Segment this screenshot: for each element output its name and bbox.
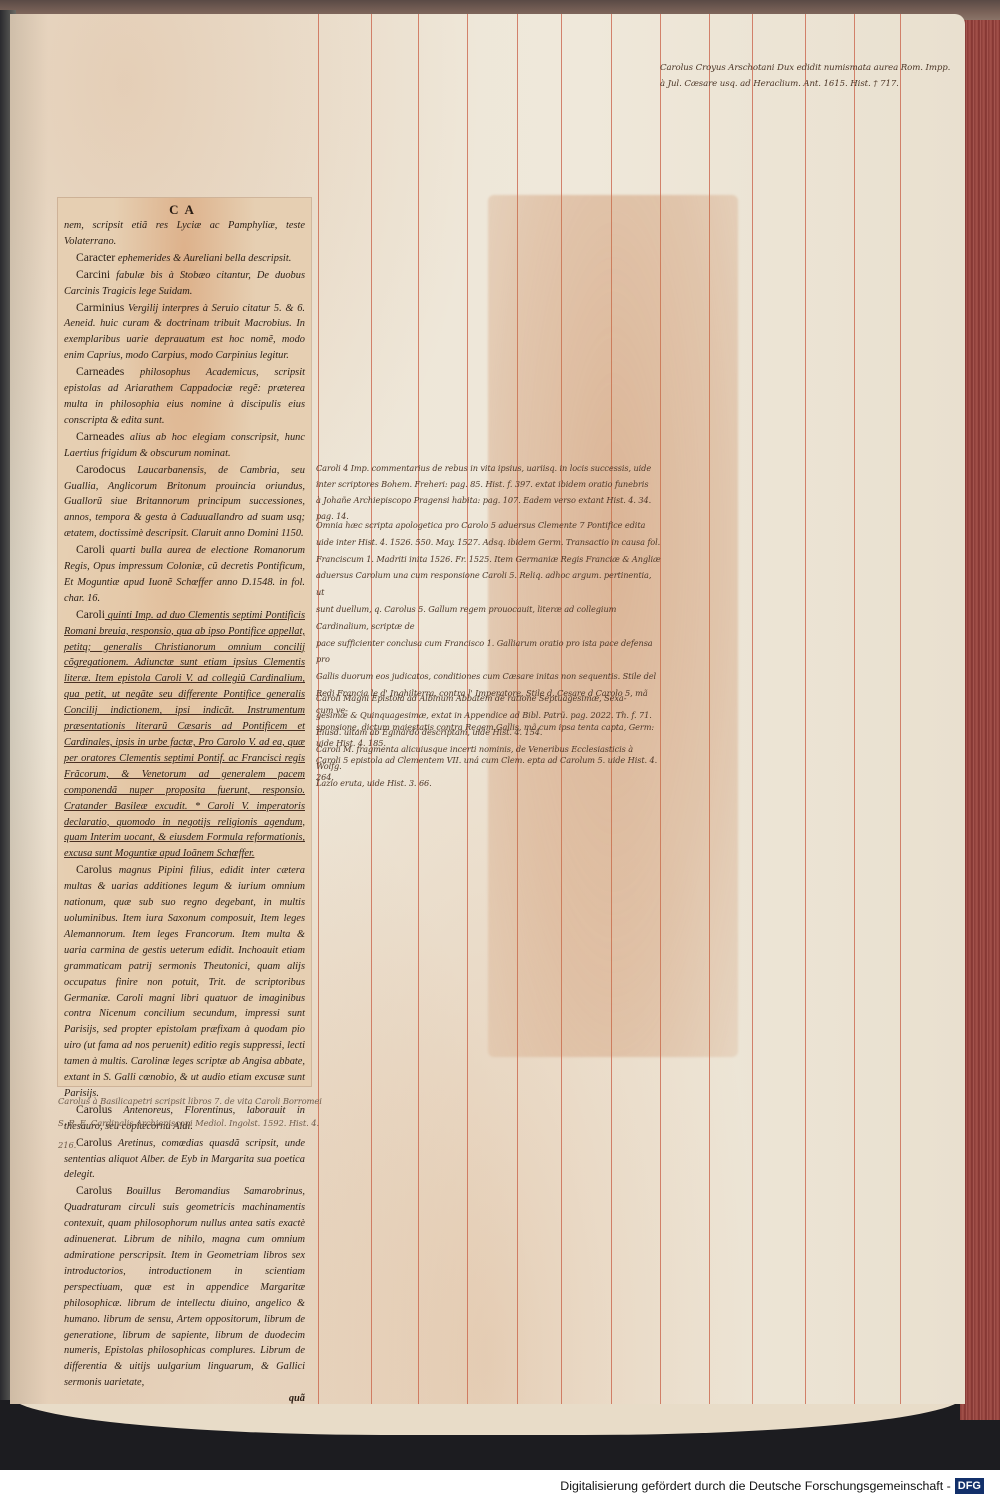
entry-lead-word: Carcini <box>76 268 110 281</box>
entry-lead-word: Carodocus <box>76 463 126 476</box>
entry-text: quinti Imp. ad duo Clementis septimi Pon… <box>64 610 305 860</box>
dfg-credit-line: Digitalisierung gefördert durch die Deut… <box>560 1478 984 1494</box>
dfg-logo-icon: DFG <box>955 1478 984 1494</box>
slip-entry: Carminius Vergilij interpres à Seruio ci… <box>64 300 305 365</box>
ruled-line <box>752 14 753 1404</box>
entry-text: magnus Pipini filius, edidit inter cæter… <box>64 865 305 1099</box>
book-fore-edge <box>960 20 1000 1420</box>
entry-lead-word: Carolus <box>76 1184 112 1197</box>
slip-entry: Carolus Bouillus Beromandius Samarobrinu… <box>64 1183 305 1391</box>
entry-lead-word: Caracter <box>76 251 115 264</box>
slip-entry: Carcini fabulæ bis à Stobæo citantur, De… <box>64 267 305 300</box>
ruled-line <box>805 14 806 1404</box>
entry-text: nem, scripsit etiã res Lyciæ ac Pamphyli… <box>64 220 305 247</box>
entry-text: Bouillus Beromandius Samarobrinus, Quadr… <box>64 1186 305 1388</box>
entry-lead-word: Caroli <box>76 608 105 621</box>
slip-header: CA <box>64 202 305 218</box>
ruled-line <box>900 14 901 1404</box>
catchword: quã <box>64 1391 305 1407</box>
slip-entry: Carodocus Laucarbanensis, de Cambria, se… <box>64 462 305 543</box>
credit-text: Digitalisierung gefördert durch die Deut… <box>560 1479 951 1493</box>
slip-entry: nem, scripsit etiã res Lyciæ ac Pamphyli… <box>64 218 305 250</box>
entry-lead-word: Carminius <box>76 301 124 314</box>
entry-lead-word: Carneades <box>76 365 124 378</box>
scan-image: CA nem, scripsit etiã res Lyciæ ac Pamph… <box>0 0 1000 1470</box>
slip-entry: Caracter ephemerides & Aureliani bella d… <box>64 250 305 267</box>
slip-entries: nem, scripsit etiã res Lyciæ ac Pamphyli… <box>64 218 305 1391</box>
pasted-printed-slip: CA nem, scripsit etiã res Lyciæ ac Pamph… <box>58 198 311 1086</box>
entry-lead-word: Carolus <box>76 863 112 876</box>
slip-entry: Carneades philosophus Academicus, scrips… <box>64 364 305 429</box>
entry-lead-word: Carneades <box>76 430 124 443</box>
slip-entry: Caroli quinti Imp. ad duo Clementis sept… <box>64 607 305 863</box>
slip-entry: Carneades alius ab hoc elegiam conscrips… <box>64 429 305 462</box>
handwritten-note-carolus-magnus: Caroli Magni Epistola ad Albinum Abbatem… <box>316 690 661 792</box>
slip-entry: Caroli quarti bulla aurea de electione R… <box>64 542 305 607</box>
entry-lead-word: Caroli <box>76 543 105 556</box>
handwritten-note-top-right: Carolus Croyus Arschotani Dux edidit num… <box>660 60 960 92</box>
entry-text: ephemerides & Aureliani bella descripsit… <box>115 253 291 264</box>
handwritten-note-bottom-left: Carolus à Basilicapetri scripsit libros … <box>58 1090 323 1156</box>
handwritten-note-caroli-4: Caroli 4 Imp. commentarius de rebus in v… <box>316 460 661 524</box>
ruled-line <box>854 14 855 1404</box>
slip-entry: Carolus magnus Pipini filius, edidit int… <box>64 862 305 1102</box>
